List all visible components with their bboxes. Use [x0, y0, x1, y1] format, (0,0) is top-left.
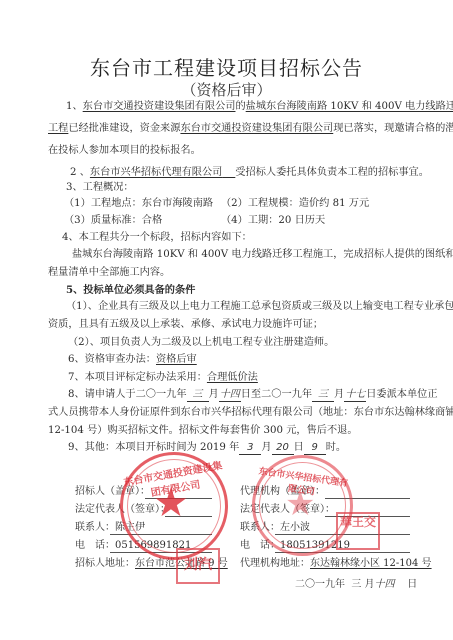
section-5-heading: 5、投标单位必须具备的条件 [66, 283, 410, 297]
handwritten-month: 三 [312, 389, 334, 402]
handwritten-day: 十七 [344, 389, 366, 402]
handwritten-month: 三 [187, 389, 209, 402]
field-label: （2）工程规模： [221, 198, 299, 209]
agency-phone: 电 话：18051391219 [240, 539, 350, 553]
section-7: 7、本项目评标定标办法采用：合理低价法 [68, 371, 430, 385]
field-label: 代理机构地址： [240, 558, 310, 569]
handwritten-day: 20 [272, 442, 294, 455]
text-fragment: 9、其他：本项目开标时间为 2019 年 [68, 442, 239, 453]
section-2: 2 、东台市兴华招标代理有限公司 受招标人委托具体负责本工程的招标事宜。 [70, 166, 432, 180]
tenderer-phone: 电 话：051569891821 [75, 539, 191, 553]
text-fragment: 月 [365, 579, 375, 590]
section-9: 9、其他：本项目开标时间为 2019 年3月20日9时。 [68, 441, 430, 455]
section-2-number: 2 、 [70, 167, 90, 178]
agency-name: 东台市兴华招标代理有限公司 [90, 167, 222, 178]
field-label: 联系人： [240, 522, 280, 533]
tenderer-address: 招标人地址：东台市范公北路 9 号 [75, 557, 228, 571]
requirement-1-line-2: 资质，且具有五级及以上承装、承修、承试电力设施许可证； [48, 318, 410, 332]
section-6: 6、资格审查办法：资格后审 [68, 353, 430, 367]
text-fragment: 的 [235, 101, 245, 112]
text-fragment: 时。 [326, 442, 346, 453]
project-name: 盐城东台海陵南路 10KV 和 400V 电力线路迁移 [246, 101, 453, 112]
section-4-line-2: 程量清单中全部施工内容。 [48, 266, 410, 280]
section-1-line-3: 在投标人参加本项目的投标报名。 [48, 144, 410, 158]
field-label: 电 话： [75, 540, 115, 551]
evaluation-method: 合理低价法 [207, 372, 258, 383]
agency-rep-line [325, 516, 410, 517]
text-fragment: 月 [334, 389, 344, 400]
tenderer-rep-label: 法定代表人（签章）： [75, 503, 170, 517]
handwritten-hour: 9 [304, 442, 326, 455]
phone-number: 051569891821 [115, 540, 191, 551]
tenderer-name: 东台市交通投资建设集团有限公司 [83, 101, 236, 112]
agency-contact-line [275, 534, 410, 535]
agency-seal-label: 代理机构（盖章）： [240, 485, 325, 499]
agency-contact: 联系人：左小波 [240, 521, 310, 535]
tenderer-phone-line [110, 552, 212, 553]
agency-address: 代理机构地址：东达翰林缘小区 12-104 号 [240, 557, 432, 571]
date-day: 十四 [375, 579, 395, 590]
tenderer-contact-line [110, 534, 212, 535]
text-fragment: 日委派本单位正 [366, 389, 437, 400]
tenderer-seal-line [145, 498, 212, 499]
agency-rep-label: 法定代表人（签章）： [240, 503, 335, 517]
requirement-2: （2）、项目负责人为二级及以上机电工程专业注册建造师。 [68, 336, 430, 350]
tender-announcement-page: 东台市工程建设项目招标公告 （资格后审） 1、东台市交通投资建设集团有限公司的盐… [0, 0, 453, 640]
field-label: 7、本项目评标定标办法采用： [68, 372, 207, 383]
text-fragment: 受招标人委托具体负责本工程的招标事宜。 [235, 167, 429, 178]
date-month: 三 [351, 579, 361, 590]
project-scale: （2）工程规模：造价约 81 万元 [221, 197, 453, 211]
project-name-cont: 工程 [48, 123, 68, 134]
field-value: 造价约 81 万元 [299, 198, 369, 209]
field-label: 6、资格审查办法： [68, 354, 156, 365]
fund-source: 东台市交通投资建设集团有限公司 [180, 123, 333, 134]
requirement-1-line-1: （1）、企业具有三级及以上电力工程施工总承包资质或三级及以上输变电工程专业承包 [66, 300, 428, 314]
text-fragment: 8、请申请人于二〇一九年 [68, 389, 187, 400]
announcement-date: 二〇一九年 三 月十四 日 [295, 575, 417, 590]
text-fragment: 月 [209, 389, 219, 400]
agency-phone-line [275, 552, 410, 553]
section-8-line-3: 12-104 号）购买招标文件。招标文件每套售价 300 元，售后不退。 [48, 424, 410, 438]
field-label: 招标人地址： [75, 558, 135, 569]
field-label: （3）质量标准： [64, 215, 142, 226]
section-1-line-2: 工程已经批准建设，资金来源东台市交通投资建设集团有限公司现已落实，现邀请合格的潜 [48, 122, 410, 136]
text-fragment: 日至二〇一九年 [241, 389, 312, 400]
tenderer-contact: 联系人：陈主伊 [75, 521, 145, 535]
section-8-line-1: 8、请申请人于二〇一九年三月十四日至二〇一九年三月十七日委派本单位正 [68, 388, 430, 402]
address-value: 东达翰林缘小区 12-104 号 [310, 558, 432, 569]
date-year: 二〇一九年 [295, 579, 345, 590]
text-fragment: 现已落实，现邀请合格的潜 [333, 123, 453, 134]
section-4-line-1: 盐城东台海陵南路 10KV 和 400V 电力线路迁移工程施工，完成招标人提供的… [72, 248, 434, 262]
page-title: 东台市工程建设项目招标公告 [0, 52, 453, 81]
tenderer-seal-label: 招标人（盖章）： [75, 485, 150, 499]
qualification-method: 资格后审 [156, 354, 197, 365]
handwritten-day: 十四 [219, 389, 241, 402]
page-subtitle: （资格后审） [0, 79, 453, 100]
phone-number: 18051391219 [280, 540, 350, 551]
section-1-line-1: 1、东台市交通投资建设集团有限公司的盐城东台海陵南路 10KV 和 400V 电… [66, 100, 410, 114]
agency-seal-line [325, 498, 410, 499]
section-4-heading: 4、本工程共分一个标段，招标内容如下： [62, 231, 424, 245]
contact-name: 左小波 [280, 522, 310, 533]
field-label: （1）工程地点： [64, 198, 142, 209]
address-value: 东台市范公北路 9 号 [135, 558, 228, 569]
text-fragment: 日 [294, 442, 304, 453]
section-3-heading: 3、工程概况： [66, 181, 410, 195]
section-8-line-2: 式人员携带本人身份证原件到东台市兴华招标代理有限公司（地址：东台市东达翰林缘商铺 [48, 406, 410, 420]
field-value: 东台市海陵南路 [142, 198, 213, 209]
text-fragment: 月 [261, 442, 271, 453]
field-label: 联系人： [75, 522, 115, 533]
section-1-number: 1、 [66, 101, 83, 112]
tenderer-rep-line [165, 516, 212, 517]
field-value: 合格 [142, 215, 162, 226]
blank-fill [222, 167, 235, 178]
text-fragment: 日 [407, 579, 417, 590]
field-value: 20 日历天 [278, 215, 325, 226]
field-label: 电 话： [240, 540, 280, 551]
field-label: （4）工期： [221, 215, 278, 226]
handwritten-month: 3 [239, 442, 261, 455]
contact-name: 陈主伊 [115, 522, 145, 533]
text-fragment: 已经批准建设，资金来源 [68, 123, 180, 134]
construction-period: （4）工期：20 日历天 [221, 214, 453, 228]
